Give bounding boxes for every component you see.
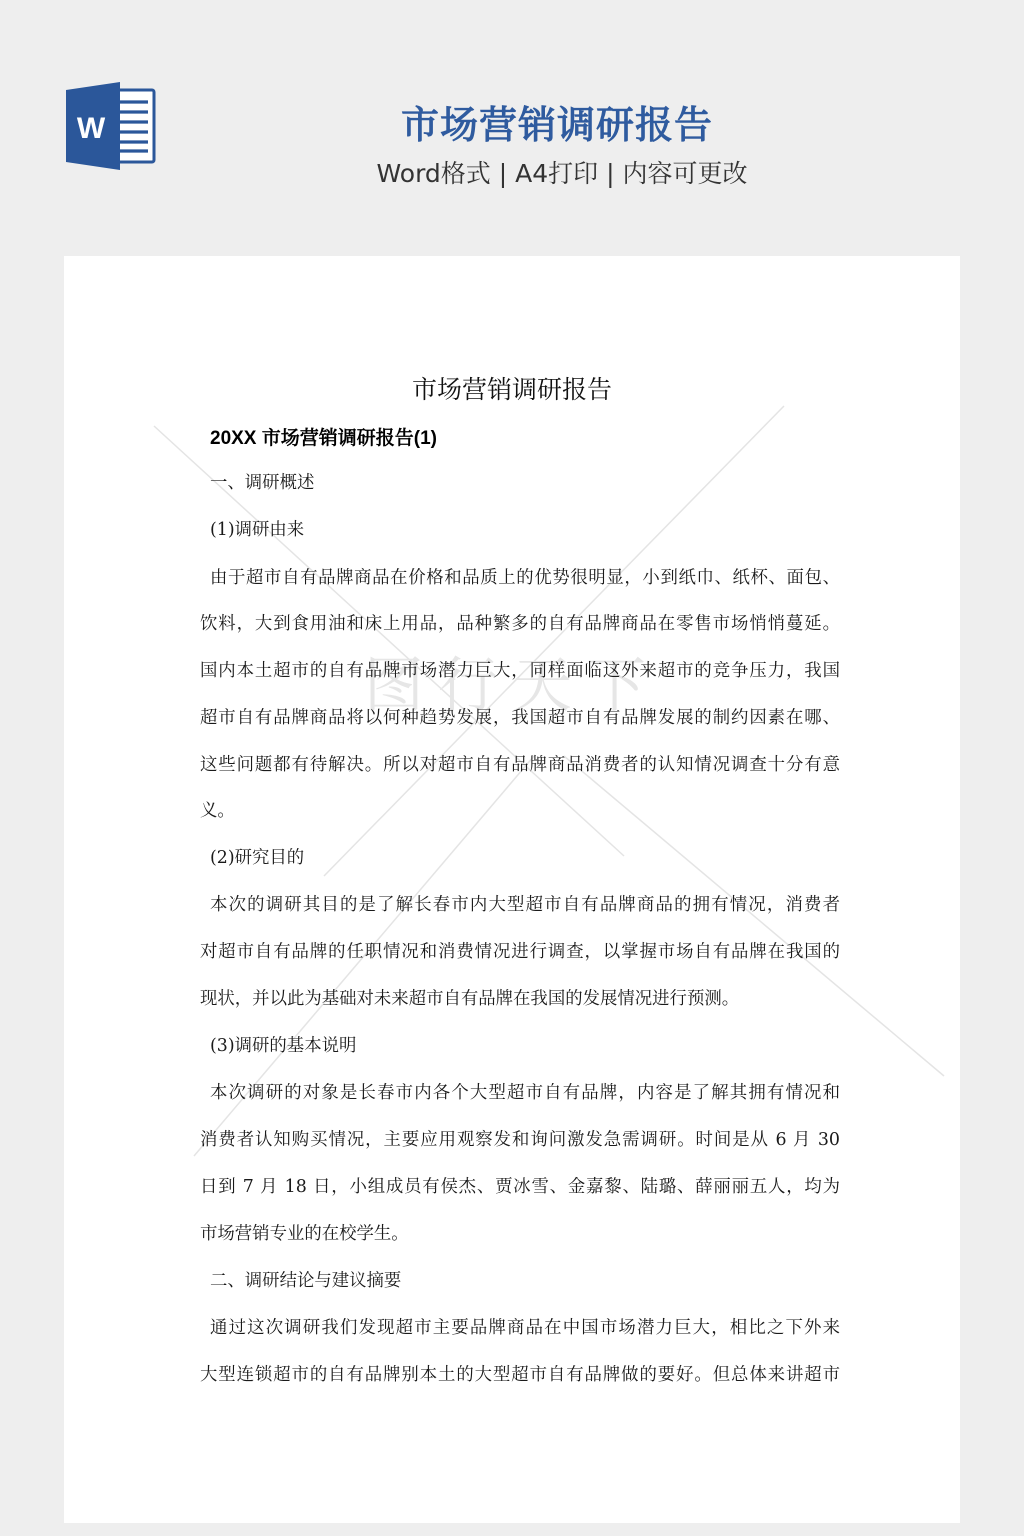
document-title: 市场营销调研报告: [64, 370, 960, 406]
header-subtitle: Word格式 | A4打印 | 内容可更改: [0, 154, 1024, 190]
paragraph-line: 大型连锁超市的自有品牌别本土的大型超市自有品牌做的要好。但总体来讲超市: [200, 1360, 840, 1385]
section-heading: (2)研究目的: [200, 843, 840, 868]
paragraph-line: 现状，并以此为基础对未来超市自有品牌在我国的发展情况进行预测。: [200, 984, 840, 1009]
paragraph-line: 由于超市自有品牌商品在价格和品质上的优势很明显，小到纸巾、纸杯、面包、: [200, 563, 840, 588]
header-title: 市场营销调研报告: [0, 94, 1024, 149]
paragraph-line: 超市自有品牌商品将以何种趋势发展，我国超市自有品牌发展的制约因素在哪、: [200, 703, 840, 728]
paragraph-line: 消费者认知购买情况，主要应用观察发和询问激发急需调研。时间是从 6 月 30: [200, 1125, 840, 1150]
paragraph-line: 义。: [200, 796, 840, 821]
paragraph-line: 通过这次调研我们发现超市主要品牌商品在中国市场潜力巨大，相比之下外来: [200, 1313, 840, 1338]
document-subtitle: 20XX 市场营销调研报告(1): [210, 423, 437, 450]
section-heading: 二、调研结论与建议摘要: [200, 1266, 840, 1291]
section-heading: (1)调研由来: [200, 515, 840, 540]
document-page: 图行天下 市场营销调研报告 20XX 市场营销调研报告(1) 一、调研概述 (1…: [64, 256, 960, 1523]
paragraph-line: 饮料，大到食用油和床上用品，品种繁多的自有品牌商品在零售市场悄悄蔓延。: [200, 609, 840, 634]
paragraph-line: 这些问题都有待解决。所以对超市自有品牌商品消费者的认知情况调查十分有意: [200, 750, 840, 775]
paragraph-line: 国内本土超市的自有品牌市场潜力巨大，同样面临这外来超市的竞争压力，我国: [200, 656, 840, 681]
section-heading: (3)调研的基本说明: [200, 1031, 840, 1056]
paragraph-line: 本次调研的对象是长春市内各个大型超市自有品牌，内容是了解其拥有情况和: [200, 1078, 840, 1103]
section-heading: 一、调研概述: [200, 468, 840, 493]
paragraph-line: 本次的调研其目的是了解长春市内大型超市自有品牌商品的拥有情况，消费者: [200, 890, 840, 915]
paragraph-line: 市场营销专业的在校学生。: [200, 1219, 840, 1244]
paragraph-line: 日到 7 月 18 日，小组成员有侯杰、贾冰雪、金嘉黎、陆璐、薛丽丽五人，均为: [200, 1172, 840, 1197]
paragraph-line: 对超市自有品牌的任职情况和消费情况进行调查，以掌握市场自有品牌在我国的: [200, 937, 840, 962]
